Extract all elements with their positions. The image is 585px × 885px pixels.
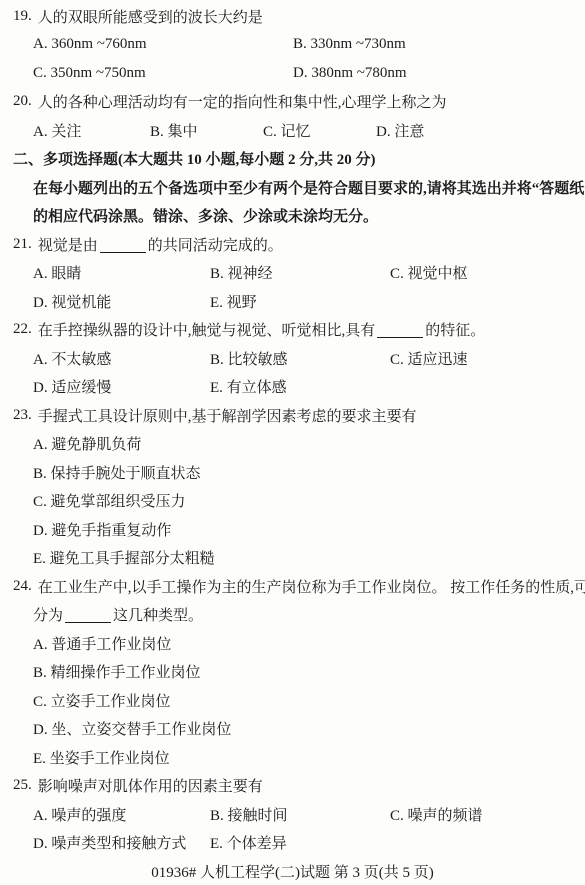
option-20-c: C. 记忆: [263, 120, 376, 141]
option-20-b: B. 集中: [150, 120, 263, 141]
question-22-text-after: 的特征。: [425, 319, 485, 340]
question-23-stem: 23. 手握式工具设计原则中,基于解剖学因素考虑的要求主要有: [0, 401, 585, 430]
option-22-b: B. 比较敏感: [210, 348, 390, 369]
question-25-options-row-1: A. 噪声的强度 B. 接触时间 C. 噪声的频谱: [0, 800, 585, 829]
option-21-b: B. 视神经: [210, 262, 390, 283]
option-19-a: A. 360nm ~760nm: [33, 36, 293, 53]
question-24-stem-line-2: 分为 这几种类型。: [0, 601, 585, 630]
option-22-c: C. 适应迅速: [390, 348, 468, 369]
option-22-a: A. 不太敏感: [33, 348, 210, 369]
exam-page: 19. 人的双眼所能感受到的波长大约是 A. 360nm ~760nm B. 3…: [0, 0, 585, 885]
question-22-text-before: 在手控操纵器的设计中,触觉与视觉、听觉相比,具有: [38, 319, 376, 340]
section-instruction-text-2: 的相应代码涂黑。错涂、多涂、少涂或未涂均无分。: [33, 205, 378, 226]
question-22-options-row-1: A. 不太敏感 B. 比较敏感 C. 适应迅速: [0, 344, 585, 373]
option-21-d: D. 视觉机能: [33, 291, 210, 312]
option-20-d: D. 注意: [376, 120, 424, 141]
question-23-option-row: D. 避免手指重复动作: [0, 515, 585, 544]
question-24-option-row: D. 坐、立姿交替手工作业岗位: [0, 715, 585, 744]
question-24-option-row: E. 坐姿手工作业岗位: [0, 743, 585, 772]
question-19-number: 19.: [13, 8, 32, 25]
question-20-number: 20.: [13, 93, 32, 110]
section-header: 二、多项选择题(本大题共 10 小题,每小题 2 分,共 20 分): [0, 145, 585, 174]
question-21-options-row-1: A. 眼睛 B. 视神经 C. 视觉中枢: [0, 259, 585, 288]
question-24-option-row: B. 精细操作手工作业岗位: [0, 658, 585, 687]
option-23-b: B. 保持手腕处于顺直状态: [33, 462, 201, 483]
section-header-text: 二、多项选择题(本大题共 10 小题,每小题 2 分,共 20 分): [13, 148, 376, 169]
question-24-stem-line-1: 24. 在工业生产中,以手工操作为主的生产岗位称为手工作业岗位。 按工作任务的性…: [0, 572, 585, 601]
option-25-c: C. 噪声的频谱: [390, 804, 483, 825]
option-21-e: E. 视野: [210, 291, 257, 312]
option-24-e: E. 坐姿手工作业岗位: [33, 747, 170, 768]
question-24-text-line-2-after: 这几种类型。: [113, 604, 203, 625]
section-instruction-text-1: 在每小题列出的五个备选项中至少有两个是符合题目要求的,请将其选出并将“答题纸”: [33, 177, 585, 198]
question-24-number: 24.: [13, 578, 32, 595]
option-22-e: E. 有立体感: [210, 376, 287, 397]
section-instruction-line-2: 的相应代码涂黑。错涂、多涂、少涂或未涂均无分。: [0, 202, 585, 231]
question-24-option-row: A. 普通手工作业岗位: [0, 629, 585, 658]
question-25-number: 25.: [13, 777, 32, 794]
option-24-a: A. 普通手工作业岗位: [33, 633, 171, 654]
question-20-text: 人的各种心理活动均有一定的指向性和集中性,心理学上称之为: [38, 91, 447, 112]
option-19-b: B. 330nm ~730nm: [293, 36, 406, 53]
option-21-a: A. 眼睛: [33, 262, 210, 283]
fill-in-blank: [65, 606, 111, 623]
option-21-c: C. 视觉中枢: [390, 262, 468, 283]
option-24-d: D. 坐、立姿交替手工作业岗位: [33, 718, 231, 739]
option-25-e: E. 个体差异: [210, 832, 287, 853]
question-21-number: 21.: [13, 236, 32, 253]
question-21-stem: 21. 视觉是由 的共同活动完成的。: [0, 230, 585, 259]
question-24-text-line-2-before: 分为: [33, 604, 63, 625]
option-25-d: D. 噪声类型和接触方式: [33, 832, 210, 853]
page-footer-text: 01936# 人机工程学(二)试题 第 3 页(共 5 页): [151, 861, 433, 882]
option-25-b: B. 接触时间: [210, 804, 390, 825]
question-21-text-before: 视觉是由: [38, 234, 98, 255]
option-23-a: A. 避免静肌负荷: [33, 433, 141, 454]
question-19-stem: 19. 人的双眼所能感受到的波长大约是: [0, 2, 585, 31]
question-24-option-row: C. 立姿手工作业岗位: [0, 686, 585, 715]
question-25-options-row-2: D. 噪声类型和接触方式 E. 个体差异: [0, 829, 585, 858]
question-19-text: 人的双眼所能感受到的波长大约是: [38, 6, 263, 27]
option-24-c: C. 立姿手工作业岗位: [33, 690, 171, 711]
question-23-option-row: A. 避免静肌负荷: [0, 430, 585, 459]
question-25-stem: 25. 影响噪声对肌体作用的因素主要有: [0, 772, 585, 801]
option-19-d: D. 380nm ~780nm: [293, 65, 407, 82]
question-20-stem: 20. 人的各种心理活动均有一定的指向性和集中性,心理学上称之为: [0, 88, 585, 117]
question-19-options-row-1: A. 360nm ~760nm B. 330nm ~730nm: [0, 31, 585, 60]
fill-in-blank: [100, 236, 146, 253]
question-23-option-row: E. 避免工具手握部分太粗糙: [0, 544, 585, 573]
option-24-b: B. 精细操作手工作业岗位: [33, 661, 201, 682]
question-22-stem: 22. 在手控操纵器的设计中,触觉与视觉、听觉相比,具有 的特征。: [0, 316, 585, 345]
question-19-options-row-2: C. 350nm ~750nm D. 380nm ~780nm: [0, 59, 585, 88]
option-23-d: D. 避免手指重复动作: [33, 519, 171, 540]
question-25-text: 影响噪声对肌体作用的因素主要有: [38, 775, 263, 796]
question-20-options-row: A. 关注 B. 集中 C. 记忆 D. 注意: [0, 116, 585, 145]
fill-in-blank: [377, 321, 423, 338]
option-23-c: C. 避免掌部组织受压力: [33, 490, 186, 511]
question-23-number: 23.: [13, 407, 32, 424]
question-23-option-row: C. 避免掌部组织受压力: [0, 487, 585, 516]
option-22-d: D. 适应缓慢: [33, 376, 210, 397]
question-22-number: 22.: [13, 321, 32, 338]
question-23-option-row: B. 保持手腕处于顺直状态: [0, 458, 585, 487]
question-23-text: 手握式工具设计原则中,基于解剖学因素考虑的要求主要有: [38, 405, 417, 426]
page-footer: 01936# 人机工程学(二)试题 第 3 页(共 5 页): [0, 857, 585, 885]
question-21-options-row-2: D. 视觉机能 E. 视野: [0, 287, 585, 316]
option-20-a: A. 关注: [33, 120, 150, 141]
option-25-a: A. 噪声的强度: [33, 804, 210, 825]
option-19-c: C. 350nm ~750nm: [33, 65, 293, 82]
question-22-options-row-2: D. 适应缓慢 E. 有立体感: [0, 373, 585, 402]
question-21-text-after: 的共同活动完成的。: [148, 234, 283, 255]
option-23-e: E. 避免工具手握部分太粗糙: [33, 547, 215, 568]
section-instruction-line-1: 在每小题列出的五个备选项中至少有两个是符合题目要求的,请将其选出并将“答题纸”: [0, 173, 585, 202]
question-24-text-line-1: 在工业生产中,以手工操作为主的生产岗位称为手工作业岗位。 按工作任务的性质,可以: [38, 576, 585, 597]
